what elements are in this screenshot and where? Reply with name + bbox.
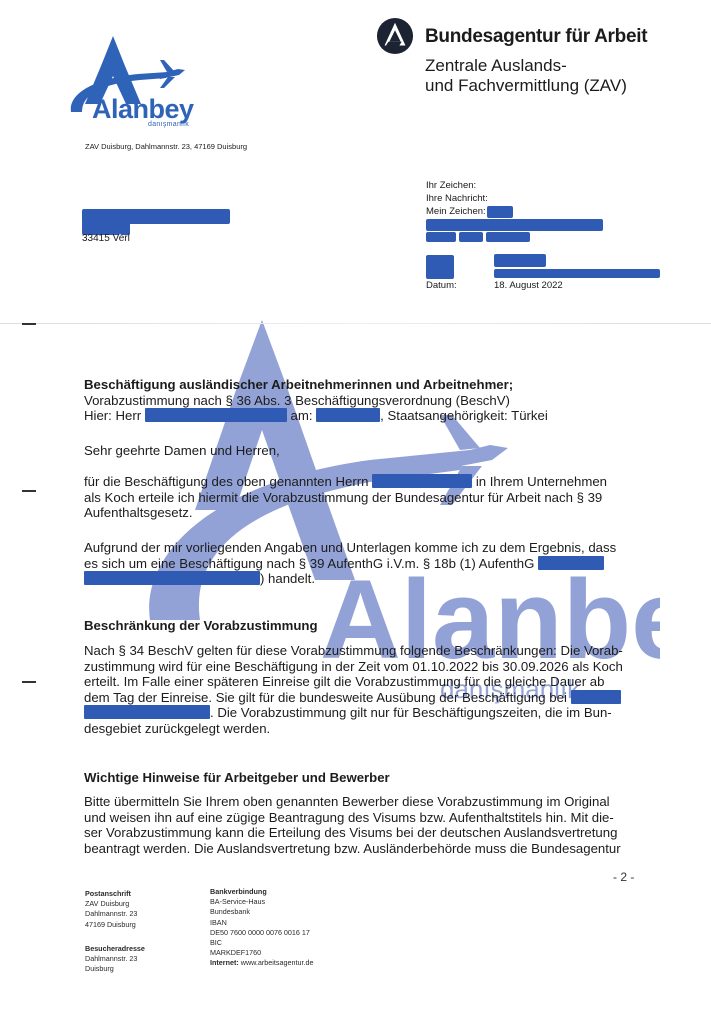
p3-line-3: erteilt. Im Falle einer späteren Einreis… [84,674,644,690]
postanschrift-line: 47169 Duisburg [85,920,137,930]
p4-line-3: ser Vorabzustimmung kann die Erteilung d… [84,825,644,841]
subject-nationality: , Staatsangehörigkeit: Türkei [380,408,548,423]
subject-line-3: Hier: Herr am: , Staatsangehörigkeit: Tü… [84,408,644,424]
p1-text-b: in Ihrem Unternehmen [476,474,607,489]
p3-line-1: Nach § 34 BeschV gelten für diese Vorabz… [84,643,644,659]
redacted-contact-line-2c [486,232,530,242]
fold-mark-3 [22,681,36,683]
datum-value: 18. August 2022 [494,280,563,291]
subject-am: am: [291,408,313,423]
internet-label: Internet: [210,958,239,967]
subject-block: Beschäftigung ausländischer Arbeitnehmer… [84,377,644,424]
besucheradresse-line: Duisburg [85,964,145,974]
paragraph-2: Aufgrund der mir vorliegenden Angaben un… [84,540,644,587]
footer-bankverbindung: Bankverbindung BA-Service-Haus Bundesban… [210,887,313,969]
redacted-name-2 [372,474,472,488]
internet-line: Internet: www.arbeitsagentur.de [210,958,313,968]
p3-text-4: dem Tag der Einreise. Sie gilt für die b… [84,690,567,705]
fold-mark-2 [22,490,36,492]
postanschrift-line: Dahlmannstr. 23 [85,909,137,919]
agency-subtitle-1: Zentrale Auslands- [425,56,567,76]
redacted-contact-line-2b [459,232,483,242]
page-number: - 2 - [613,870,634,884]
recipient-city: 33415 Verl [82,233,130,244]
subject-line-2: Vorabzustimmung nach § 36 Abs. 3 Beschäf… [84,393,644,409]
p2-text-end: ) handelt. [260,571,315,586]
p3-line-2: zustimmung wird für eine Beschäftigung i… [84,659,644,675]
ba-emblem-icon [376,17,414,55]
redacted-employer [571,690,621,704]
p3-line-5: . Die Vorabzustimmung gilt nur für Besch… [84,705,644,721]
internet-link[interactable]: www.arbeitsagentur.de [241,958,314,967]
bank-line: BIC [210,938,313,948]
fold-mark-1 [22,323,36,325]
besucheradresse-line: Dahlmannstr. 23 [85,954,145,964]
p2-text: es sich um eine Beschäftigung nach § 39 … [84,556,534,571]
sender-address-line: ZAV Duisburg, Dahlmannstr. 23, 47169 Dui… [85,142,247,151]
p2-line-3: ) handelt. [84,571,644,587]
redacted-contact-line-2a [426,232,456,242]
p1-line-1: für die Beschäftigung des oben genannten… [84,474,644,490]
bank-heading: Bankverbindung [210,887,313,897]
paragraph-3: Nach § 34 BeschV gelten für diese Vorabz… [84,643,644,736]
redacted-contact-value-2 [494,269,660,278]
bank-line: Bundesbank [210,907,313,917]
redacted-name [145,408,287,422]
p4-line-2: und weisen ihn auf eine zügige Beantragu… [84,810,644,826]
p3-line-4: dem Tag der Einreise. Sie gilt für die b… [84,690,644,706]
redacted-employer-2 [84,705,210,719]
paragraph-4: Bitte übermitteln Sie Ihrem oben genannt… [84,794,644,856]
bank-line: IBAN [210,918,313,928]
redacted-contact-line-1 [426,219,603,231]
p2-line-2: es sich um eine Beschäftigung nach § 39 … [84,556,644,572]
p4-line-1: Bitte übermitteln Sie Ihrem oben genannt… [84,794,644,810]
heading-hinweise: Wichtige Hinweise für Arbeitgeber und Be… [84,770,644,786]
salutation: Sehr geehrte Damen und Herren, [84,443,644,459]
p1-text-a: für die Beschäftigung des oben genannten… [84,474,368,489]
footer-postanschrift: Postanschrift ZAV Duisburg Dahlmannstr. … [85,889,137,930]
ref-mein-zeichen: Mein Zeichen: [426,206,486,217]
subject-title: Beschäftigung ausländischer Arbeitnehmer… [84,377,644,393]
bank-line: DE50 7600 0000 0076 0016 17 [210,928,313,938]
datum-label: Datum: [426,280,457,291]
p3-text-5: . Die Vorabzustimmung gilt nur für Besch… [210,705,612,720]
subject-hier-herr: Hier: Herr [84,408,141,423]
redacted-birthdate [316,408,380,422]
redacted-legal-ref-2 [84,571,260,585]
bank-line: BA-Service-Haus [210,897,313,907]
p3-line-6: desgebiet zurückgelegt werden. [84,721,644,737]
footer-besucheradresse: Besucheradresse Dahlmannstr. 23 Duisburg [85,944,145,975]
redacted-legal-ref [538,556,604,570]
redacted-mein-zeichen [487,206,513,218]
p1-line-3: Aufenthaltsgesetz. [84,505,644,521]
ref-ihr-zeichen: Ihr Zeichen: [426,180,476,191]
postanschrift-heading: Postanschrift [85,889,137,899]
scan-fold-line [0,323,711,324]
heading-beschraenkung: Beschränkung der Vorabzustimmung [84,618,644,634]
agency-subtitle-2: und Fachvermittlung (ZAV) [425,76,627,96]
paragraph-1: für die Beschäftigung des oben genannten… [84,474,644,521]
redacted-contact-label [426,255,454,279]
p2-line-1: Aufgrund der mir vorliegenden Angaben un… [84,540,644,556]
p4-line-4: beantragt werden. Die Auslandsvertretung… [84,841,644,857]
besucheradresse-heading: Besucheradresse [85,944,145,954]
ref-ihre-nachricht: Ihre Nachricht: [426,193,488,204]
bank-line: MARKDEF1760 [210,948,313,958]
postanschrift-line: ZAV Duisburg [85,899,137,909]
agency-name: Bundesagentur für Arbeit [425,26,647,48]
redacted-contact-value-1 [494,254,546,267]
p1-line-2: als Koch erteile ich hiermit die Vorabzu… [84,490,644,506]
logo-subtitle: danışmanlık [148,121,189,128]
